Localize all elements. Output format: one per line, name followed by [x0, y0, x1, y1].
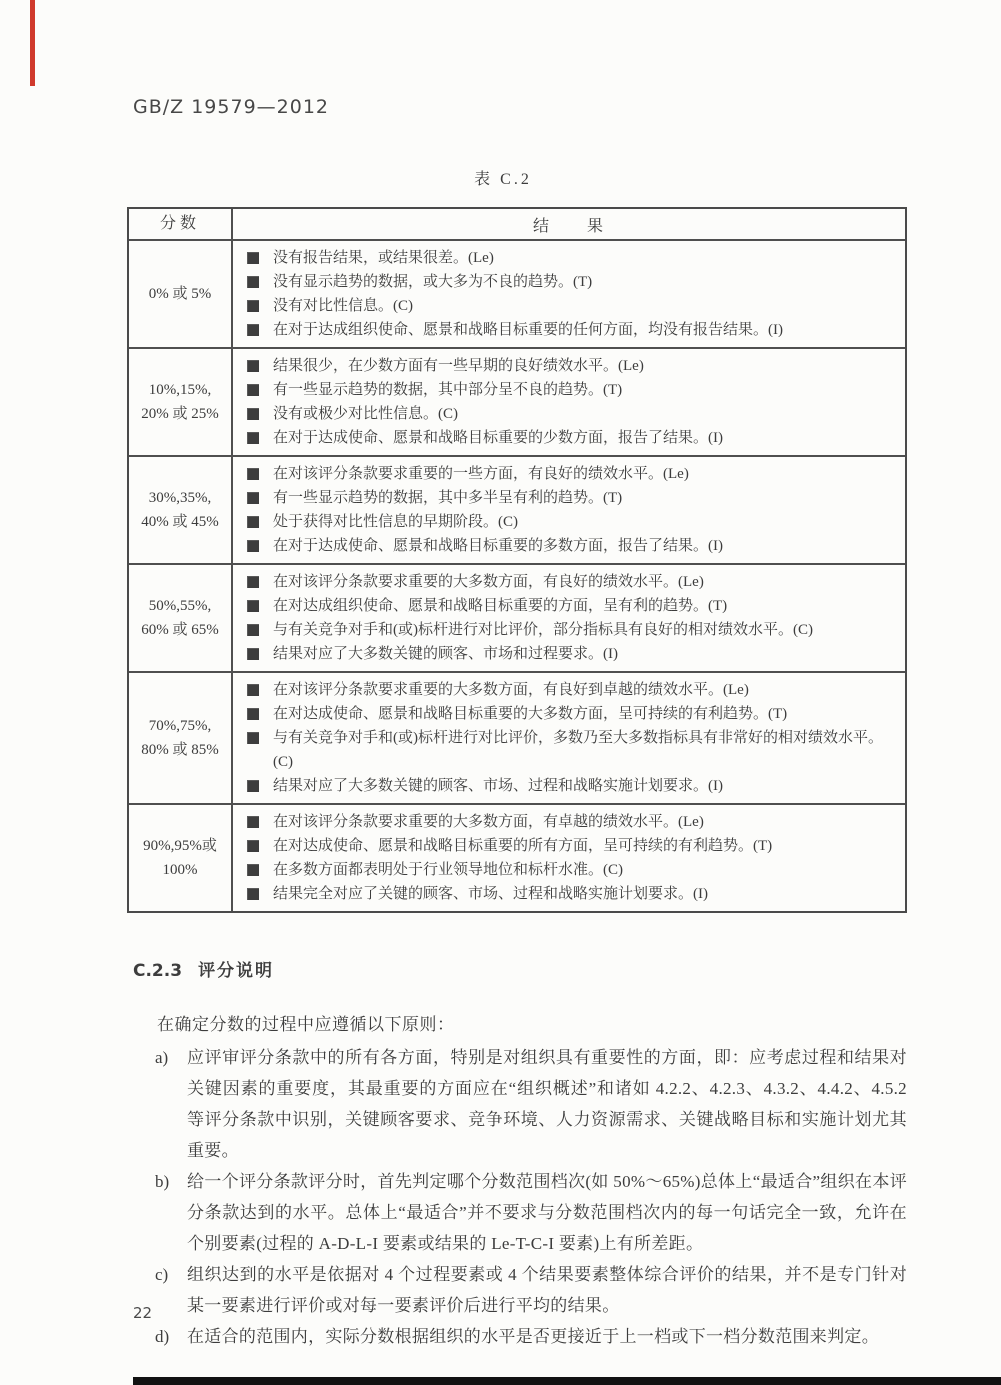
result-item-text: 有一些显示趋势的数据，其中多半呈有利的趋势。(T) [273, 486, 895, 510]
page-number: 22 [133, 1304, 152, 1322]
result-item: 在对于达成组织使命、愿景和战略目标重要的任何方面，均没有报告结果。(I) [241, 318, 895, 342]
result-item-text: 处于获得对比性信息的早期阶段。(C) [273, 510, 895, 534]
score-cell: 30%,35%, 40% 或 45% [129, 457, 233, 563]
principle-item: a) 应评审评分条款中的所有各方面，特别是对组织具有重要性的方面，即：应考虑过程… [155, 1042, 907, 1166]
result-item: 在对该评分条款要求重要的一些方面，有良好的绩效水平。(Le) [241, 462, 895, 486]
score-line: 60% 或 65% [141, 618, 219, 642]
principle-label: c) [155, 1259, 187, 1321]
result-item-text: 有一些显示趋势的数据，其中部分呈不良的趋势。(T) [273, 378, 895, 402]
bullet-square-icon [247, 780, 259, 792]
principle-text: 组织达到的水平是依据对 4 个过程要素或 4 个结果要素整体综合评价的结果，并不… [187, 1259, 907, 1321]
result-item: 在对该评分条款要求重要的大多数方面，有卓越的绩效水平。(Le) [241, 810, 895, 834]
result-item: 有一些显示趋势的数据，其中部分呈不良的趋势。(T) [241, 378, 895, 402]
result-item-text: 在对于达成使命、愿景和战略目标重要的少数方面，报告了结果。(I) [273, 426, 895, 450]
result-item-text: 与有关竞争对手和(或)标杆进行对比评价，部分指标具有良好的相对绩效水平。(C) [273, 618, 895, 642]
score-cell: 50%,55%, 60% 或 65% [129, 565, 233, 671]
result-cell: 在对该评分条款要求重要的大多数方面，有良好的绩效水平。(Le) 在对达成组织使命… [233, 565, 905, 671]
result-item-text: 在对该评分条款要求重要的大多数方面，有良好的绩效水平。(Le) [273, 570, 895, 594]
bullet-square-icon [247, 360, 259, 372]
score-line: 0% 或 5% [149, 282, 212, 306]
table-row: 0% 或 5% 没有报告结果，或结果很差。(Le) 没有显示趋势的数据，或大多为… [129, 239, 905, 347]
result-cell: 在对该评分条款要求重要的大多数方面，有卓越的绩效水平。(Le) 在对达成使命、愿… [233, 805, 905, 911]
result-item-text: 在对该评分条款要求重要的一些方面，有良好的绩效水平。(Le) [273, 462, 895, 486]
section-title: 评分说明 [198, 961, 274, 981]
score-line: 20% 或 25% [141, 402, 219, 426]
score-line: 50%,55%, [149, 594, 212, 618]
bullet-square-icon [247, 600, 259, 612]
table-row: 90%,95%或 100% 在对该评分条款要求重要的大多数方面，有卓越的绩效水平… [129, 803, 905, 911]
result-cell: 结果很少，在少数方面有一些早期的良好绩效水平。(Le) 有一些显示趋势的数据，其… [233, 349, 905, 455]
principle-label: a) [155, 1042, 187, 1166]
bullet-square-icon [247, 492, 259, 504]
result-item-text: 结果很少，在少数方面有一些早期的良好绩效水平。(Le) [273, 354, 895, 378]
result-item: 没有显示趋势的数据，或大多为不良的趋势。(T) [241, 270, 895, 294]
result-item: 与有关竞争对手和(或)标杆进行对比评价，部分指标具有良好的相对绩效水平。(C) [241, 618, 895, 642]
score-line: 10%,15%, [149, 378, 212, 402]
result-item: 有一些显示趋势的数据，其中多半呈有利的趋势。(T) [241, 486, 895, 510]
header-result: 结 果 [233, 209, 905, 239]
result-item-text: 在对达成组织使命、愿景和战略目标重要的方面，呈有利的趋势。(T) [273, 594, 895, 618]
result-item: 在对达成使命、愿景和战略目标重要的所有方面，呈可持续的有利趋势。(T) [241, 834, 895, 858]
bullet-square-icon [247, 252, 259, 264]
score-cell: 70%,75%, 80% 或 85% [129, 673, 233, 803]
section-intro: 在确定分数的过程中应遵循以下原则： [157, 1010, 897, 1035]
principle-text: 给一个评分条款评分时，首先判定哪个分数范围档次(如 50%～65%)总体上“最适… [187, 1166, 907, 1259]
result-item-text: 没有显示趋势的数据，或大多为不良的趋势。(T) [273, 270, 895, 294]
bullet-square-icon [247, 816, 259, 828]
bullet-square-icon [247, 708, 259, 720]
bullet-square-icon [247, 516, 259, 528]
bullet-square-icon [247, 732, 259, 744]
score-cell: 0% 或 5% [129, 241, 233, 347]
principles-list: a) 应评审评分条款中的所有各方面，特别是对组织具有重要性的方面，即：应考虑过程… [155, 1042, 907, 1352]
result-item-text: 没有或极少对比性信息。(C) [273, 402, 895, 426]
table-caption: 表 C.2 [127, 166, 907, 189]
result-item: 在对达成使命、愿景和战略目标重要的大多数方面，呈可持续的有利趋势。(T) [241, 702, 895, 726]
result-item-text: 结果完全对应了关键的顾客、市场、过程和战略实施计划要求。(I) [273, 882, 895, 906]
result-item: 结果完全对应了关键的顾客、市场、过程和战略实施计划要求。(I) [241, 882, 895, 906]
principle-text: 应评审评分条款中的所有各方面，特别是对组织具有重要性的方面，即：应考虑过程和结果… [187, 1042, 907, 1166]
result-cell: 没有报告结果，或结果很差。(Le) 没有显示趋势的数据，或大多为不良的趋势。(T… [233, 241, 905, 347]
result-item: 与有关竞争对手和(或)标杆进行对比评价，多数乃至大多数指标具有非常好的相对绩效水… [241, 726, 895, 774]
result-item-text: 结果对应了大多数关键的顾客、市场、过程和战略实施计划要求。(I) [273, 774, 895, 798]
result-item: 没有对比性信息。(C) [241, 294, 895, 318]
section-number: C.2.3 [133, 961, 182, 981]
bullet-square-icon [247, 408, 259, 420]
principle-label: d) [155, 1321, 187, 1352]
result-item: 在多数方面都表明处于行业领导地位和标杆水准。(C) [241, 858, 895, 882]
bullet-square-icon [247, 840, 259, 852]
principle-label: b) [155, 1166, 187, 1259]
section-heading: C.2.3评分说明 [133, 956, 274, 981]
score-line: 90%,95%或 [143, 834, 217, 858]
result-item-text: 没有报告结果，或结果很差。(Le) [273, 246, 895, 270]
bullet-square-icon [247, 276, 259, 288]
result-item-text: 在对于达成使命、愿景和战略目标重要的多数方面，报告了结果。(I) [273, 534, 895, 558]
principle-item: d) 在适合的范围内，实际分数根据组织的水平是否更接近于上一档或下一档分数范围来… [155, 1321, 907, 1352]
result-item-text: 在对该评分条款要求重要的大多数方面，有良好到卓越的绩效水平。(Le) [273, 678, 895, 702]
score-cell: 90%,95%或 100% [129, 805, 233, 911]
result-cell: 在对该评分条款要求重要的一些方面，有良好的绩效水平。(Le) 有一些显示趋势的数… [233, 457, 905, 563]
result-item: 结果很少，在少数方面有一些早期的良好绩效水平。(Le) [241, 354, 895, 378]
header-score: 分数 [129, 209, 233, 239]
score-line: 70%,75%, [149, 714, 212, 738]
bullet-square-icon [247, 624, 259, 636]
table-row: 50%,55%, 60% 或 65% 在对该评分条款要求重要的大多数方面，有良好… [129, 563, 905, 671]
result-item: 在对于达成使命、愿景和战略目标重要的多数方面，报告了结果。(I) [241, 534, 895, 558]
scanned-document-page: GB/Z 19579—2012 表 C.2 分数 结 果 0% 或 5% 没有报… [0, 0, 1001, 1385]
result-item: 在对达成组织使命、愿景和战略目标重要的方面，呈有利的趋势。(T) [241, 594, 895, 618]
result-item-text: 与有关竞争对手和(或)标杆进行对比评价，多数乃至大多数指标具有非常好的相对绩效水… [273, 726, 895, 774]
principle-item: c) 组织达到的水平是依据对 4 个过程要素或 4 个结果要素整体综合评价的结果… [155, 1259, 907, 1321]
table-row: 30%,35%, 40% 或 45% 在对该评分条款要求重要的一些方面，有良好的… [129, 455, 905, 563]
principle-item: b) 给一个评分条款评分时，首先判定哪个分数范围档次(如 50%～65%)总体上… [155, 1166, 907, 1259]
principle-text: 在适合的范围内，实际分数根据组织的水平是否更接近于上一档或下一档分数范围来判定。 [187, 1321, 907, 1352]
scoring-table: 分数 结 果 0% 或 5% 没有报告结果，或结果很差。(Le) 没有显示趋势的… [127, 207, 907, 913]
result-cell: 在对该评分条款要求重要的大多数方面，有良好到卓越的绩效水平。(Le) 在对达成使… [233, 673, 905, 803]
result-item-text: 在多数方面都表明处于行业领导地位和标杆水准。(C) [273, 858, 895, 882]
result-item: 在对该评分条款要求重要的大多数方面，有良好的绩效水平。(Le) [241, 570, 895, 594]
result-item: 没有报告结果，或结果很差。(Le) [241, 246, 895, 270]
result-item: 在对该评分条款要求重要的大多数方面，有良好到卓越的绩效水平。(Le) [241, 678, 895, 702]
document-code: GB/Z 19579—2012 [133, 96, 329, 118]
bullet-square-icon [247, 540, 259, 552]
result-item: 结果对应了大多数关键的顾客、市场、过程和战略实施计划要求。(I) [241, 774, 895, 798]
result-item-text: 在对于达成组织使命、愿景和战略目标重要的任何方面，均没有报告结果。(I) [273, 318, 895, 342]
bullet-square-icon [247, 300, 259, 312]
score-line: 40% 或 45% [141, 510, 219, 534]
result-item-text: 结果对应了大多数关键的顾客、市场和过程要求。(I) [273, 642, 895, 666]
bullet-square-icon [247, 684, 259, 696]
result-item: 结果对应了大多数关键的顾客、市场和过程要求。(I) [241, 642, 895, 666]
bullet-square-icon [247, 384, 259, 396]
score-cell: 10%,15%, 20% 或 25% [129, 349, 233, 455]
result-item: 在对于达成使命、愿景和战略目标重要的少数方面，报告了结果。(I) [241, 426, 895, 450]
table-row: 10%,15%, 20% 或 25% 结果很少，在少数方面有一些早期的良好绩效水… [129, 347, 905, 455]
result-item-text: 在对达成使命、愿景和战略目标重要的大多数方面，呈可持续的有利趋势。(T) [273, 702, 895, 726]
result-item: 处于获得对比性信息的早期阶段。(C) [241, 510, 895, 534]
table-header-row: 分数 结 果 [129, 209, 905, 239]
bullet-square-icon [247, 324, 259, 336]
score-line: 30%,35%, [149, 486, 212, 510]
result-item-text: 在对该评分条款要求重要的大多数方面，有卓越的绩效水平。(Le) [273, 810, 895, 834]
scan-artifact-red-line [30, 0, 35, 86]
bullet-square-icon [247, 576, 259, 588]
scan-artifact-bottom-bar [133, 1377, 1001, 1385]
table-row: 70%,75%, 80% 或 85% 在对该评分条款要求重要的大多数方面，有良好… [129, 671, 905, 803]
bullet-square-icon [247, 864, 259, 876]
result-item: 没有或极少对比性信息。(C) [241, 402, 895, 426]
score-line: 100% [163, 858, 198, 882]
bullet-square-icon [247, 468, 259, 480]
result-item-text: 在对达成使命、愿景和战略目标重要的所有方面，呈可持续的有利趋势。(T) [273, 834, 895, 858]
bullet-square-icon [247, 432, 259, 444]
score-line: 80% 或 85% [141, 738, 219, 762]
result-item-text: 没有对比性信息。(C) [273, 294, 895, 318]
bullet-square-icon [247, 648, 259, 660]
bullet-square-icon [247, 888, 259, 900]
